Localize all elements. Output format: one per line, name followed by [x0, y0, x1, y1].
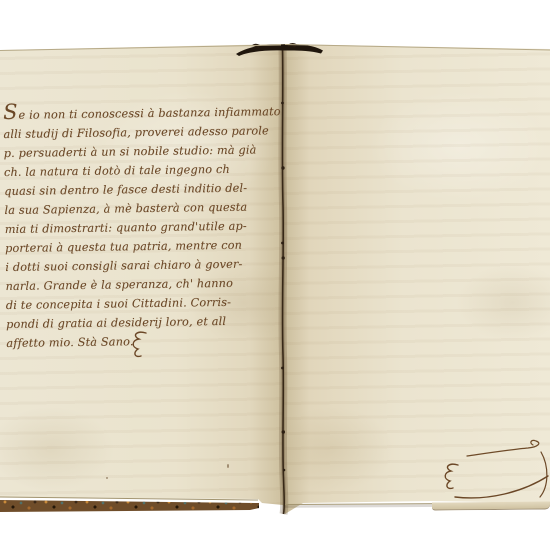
manuscript-photo: Se io non ti conoscessi à bastanza infia… [0, 0, 550, 550]
manuscript-line: i dotti suoi consigli sarai chiaro à gov… [5, 254, 283, 277]
left-page-text: Se io non ti conoscessi à bastanza infia… [3, 99, 284, 353]
right-page: Nisi probè venerem te satis inflammatuad… [283, 0, 550, 522]
manuscript-line: affetto mio. Stà Sano. [6, 330, 284, 353]
ink-fleck [227, 464, 229, 468]
speckled-fore-edge [0, 499, 259, 512]
left-page: Se io non ti conoscessi à bastanza infia… [0, 0, 283, 522]
manuscript-line: p. persuaderti à un si nobile studio: mà… [4, 140, 282, 163]
ink-fleck [106, 477, 108, 479]
page-curl [432, 501, 550, 510]
